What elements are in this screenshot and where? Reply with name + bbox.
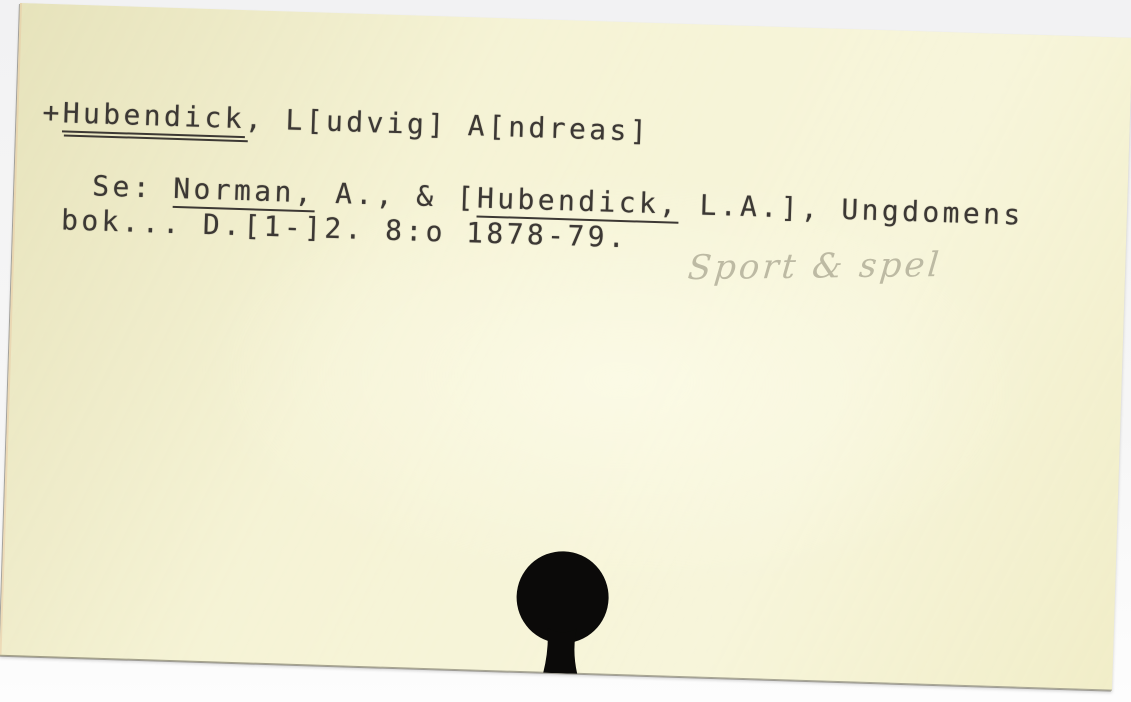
see-label: Se: [92, 169, 174, 205]
scan-background: +Hubendick, L[udvig] A[ndreas] Se: Norma… [0, 0, 1131, 702]
reference-name-norman: Norman, [173, 172, 316, 212]
pencil-annotation: Sport & spel [686, 245, 943, 288]
heading-surname: Hubendick [62, 96, 245, 138]
hole-punch-icon [497, 540, 631, 675]
heading-forenames: , L[udvig] A[ndreas] [245, 102, 651, 148]
catalog-card: +Hubendick, L[udvig] A[ndreas] Se: Norma… [0, 3, 1131, 691]
heading-line: +Hubendick, L[udvig] A[ndreas] [42, 96, 651, 149]
heading-plus-mark: + [42, 96, 63, 130]
reference-tail-text: L.A.], Ungdomens [679, 188, 1024, 232]
reference-mid-text: A., & [ [315, 176, 478, 214]
